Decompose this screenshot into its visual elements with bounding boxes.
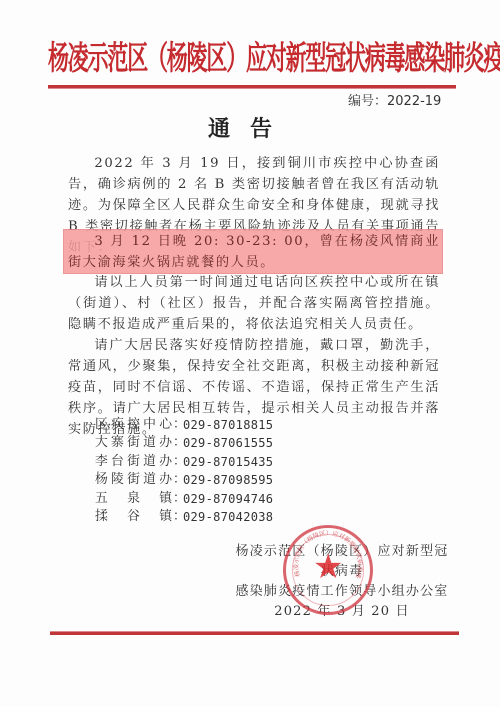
body-paragraph-highlighted: 3 月 12 日晚 20: 30-23: 00，曾在杨凌风情商业街大渝海棠火锅店… (68, 231, 440, 273)
contact-phone: 029-87015435 (183, 453, 273, 471)
contact-colon: ： (173, 434, 183, 452)
contact-row: 杨陵街道办：029-87098595 (95, 471, 273, 489)
contact-phone: 029-87094746 (183, 490, 273, 508)
contact-phone: 029-87098595 (183, 471, 273, 489)
contact-colon: ： (173, 508, 183, 526)
official-seal: 杨凌示范区（杨陵区）应对新型冠状病毒感染肺炎疫情工作领导小组办公室 ★ (283, 525, 373, 615)
contact-phone: 029-87018815 (183, 416, 273, 434)
contact-row: 五泉镇：029-87094746 (95, 490, 273, 508)
document-number-value: 2022-19 (387, 94, 441, 109)
contact-phone: 029-87061555 (183, 434, 273, 452)
notice-heading: 通告 (0, 112, 500, 143)
contact-label: 杨陵街道办 (95, 471, 173, 489)
contact-colon: ： (173, 471, 183, 489)
contact-label: 区疾控中心 (95, 416, 173, 434)
document-number-label: 编号： (348, 94, 387, 109)
contact-label: 揉谷镇 (95, 508, 173, 526)
contact-colon: ： (173, 416, 183, 434)
contact-colon: ： (173, 453, 183, 471)
header-red-rule (48, 85, 456, 89)
contact-row: 区疾控中心：029-87018815 (95, 416, 273, 434)
contact-label: 大寨街道办 (95, 434, 173, 452)
contact-row: 揉谷镇：029-87042038 (95, 508, 273, 526)
contact-label: 五泉镇 (95, 490, 173, 508)
document-number: 编号：2022-19 (348, 90, 441, 109)
notice-document: 杨凌示范区（杨陵区）应对新型冠状病毒感染肺炎疫情工作领导小组办公室 编号：202… (0, 0, 500, 707)
contact-phone: 029-87042038 (183, 508, 273, 526)
paragraph-text: 请以上人员第一时间通过电话向区疾控中心或所在镇（街道）、村（社区）报告，并配合落… (68, 272, 440, 335)
contact-colon: ： (173, 490, 183, 508)
contact-row: 大寨街道办：029-87061555 (95, 434, 273, 452)
star-icon: ★ (313, 550, 343, 584)
paragraph-text: 3 月 12 日晚 20: 30-23: 00，曾在杨凌风情商业街大渝海棠火锅店… (68, 231, 440, 273)
contact-list: 区疾控中心：029-87018815 大寨街道办：029-87061555 李台… (95, 416, 273, 526)
contact-label: 李台街道办 (95, 453, 173, 471)
footer-red-rule (50, 631, 459, 635)
contact-row: 李台街道办：029-87015435 (95, 453, 273, 471)
body-paragraph-instructions: 请以上人员第一时间通过电话向区疾控中心或所在镇（街道）、村（社区）报告，并配合落… (68, 272, 440, 440)
